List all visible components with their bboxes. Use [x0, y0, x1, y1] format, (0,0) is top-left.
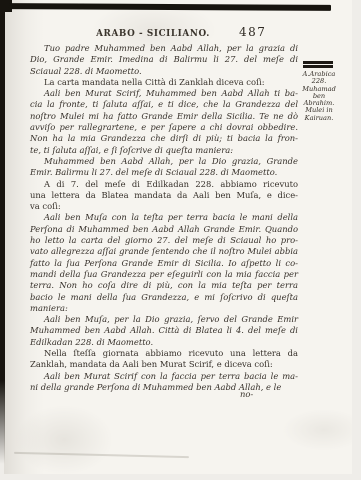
paragraph: Aali ben Muſa, per la Dio grazia, ſervo … — [30, 314, 298, 348]
text-line: Sciaual 228. di Maometto. — [30, 66, 298, 77]
paragraph: La carta mandata nella Città di Zanklah … — [30, 77, 298, 88]
text-line: fatto la ſua Perſona Grande Emir di Sici… — [30, 258, 298, 269]
scan-left-edge — [0, 0, 5, 464]
text-line: ho letto la carta del giorno 27. del meſ… — [30, 235, 298, 246]
paragraph: Muhammed ben Aabd Allah, per la Dio graz… — [30, 156, 298, 179]
text-line: vato allegrezza aſſai grande ſentendo ch… — [30, 246, 298, 257]
text-line: A di 7. del meſe di Edilkadan 228. abbia… — [30, 179, 298, 190]
text-line: Aali ben Murat Scirif con la faccia per … — [30, 371, 298, 382]
text-block: Tuo padre Muhammed ben Aabd Allah, per l… — [30, 43, 298, 393]
text-line: Nella ſteſſa giornata abbiamo ricevuto u… — [30, 348, 298, 359]
paragraph: Tuo padre Muhammed ben Aabd Allah, per l… — [30, 43, 298, 77]
paragraph: Aali ben Murat Scirif con la faccia per … — [30, 371, 298, 394]
margin-note: A.Arabica228.MuhamadbenAbrahim.Mulei inK… — [298, 71, 340, 122]
text-line: Perſona di Muhammed ben Aabd Allah Grand… — [30, 224, 298, 235]
margin-note-line: Kairuan. — [298, 115, 340, 122]
paragraph: Nella ſteſſa giornata abbiamo ricevuto u… — [30, 348, 298, 371]
paragraph: Aali ben Murat Scirif, Muhammed ben Aabd… — [30, 88, 298, 156]
text-line: avviſo per rallegrartene, e per ſapere a… — [30, 122, 298, 133]
text-line: ni della grande Perſona di Muhammed ben … — [30, 382, 298, 393]
page-number: 487 — [239, 25, 266, 39]
running-header: ARABO - SICILIANO. — [33, 29, 273, 39]
paragraph: Aali ben Muſa con la teſta per terra bac… — [30, 212, 298, 314]
text-line: Emir. Balirmu li 27. del meſe di Sciaual… — [30, 167, 298, 178]
text-line: Aali ben Muſa con la teſta per terra bac… — [30, 212, 298, 223]
paragraph: A di 7. del meſe di Edilkadan 228. abbia… — [30, 179, 298, 213]
text-line: cia la fronte, ti ſaluta aſſai, e ti dic… — [30, 99, 298, 110]
text-line: Tuo padre Muhammed ben Aabd Allah, per l… — [30, 43, 298, 54]
rule-bar — [303, 61, 333, 64]
catchword: no- — [240, 389, 253, 399]
text-line: Non ha la mia Grandezza che dirſi di più… — [30, 133, 298, 144]
text-line: noſtro Mulei mi ha fatto Grande Emir del… — [30, 111, 298, 122]
text-line: Muhammed ben Aabd Allah. Città di Blatea… — [30, 325, 298, 336]
text-line: Zanklah, mandata da Aali ben Murat Sciri… — [30, 359, 298, 370]
text-line: Muhammed ben Aabd Allah, per la Dio graz… — [30, 156, 298, 167]
text-line: una lettera da Blatea mandata da Aali be… — [30, 190, 298, 201]
text-line: mandi della ſua Grandezza per eſeguirli … — [30, 269, 298, 280]
text-line: te, ti ſaluta aſſai, e ſi ſoſcrive di qu… — [30, 145, 298, 156]
text-line: bacio le mani della ſua Grandezza, e mi … — [30, 292, 298, 303]
scanned-page: ARABO - SICILIANO. 487 A.Arabica228.Muha… — [0, 0, 361, 480]
margin-double-rule — [303, 61, 333, 69]
rule-bar — [303, 65, 333, 68]
text-line: Edilkadan 228. di Maometto. — [30, 337, 298, 348]
text-line: Aali ben Murat Scirif, Muhammed ben Aabd… — [30, 88, 298, 99]
text-line: terra. Non ho coſa dire di più, con la m… — [30, 280, 298, 291]
text-line: va coſì: — [30, 201, 298, 212]
text-line: maniera: — [30, 303, 298, 314]
text-line: Aali ben Muſa, per la Dio grazia, ſervo … — [30, 314, 298, 325]
text-line: Dio, Grande Emir. Imedina di Balirmu li … — [30, 54, 298, 65]
text-line: La carta mandata nella Città di Zanklah … — [30, 77, 298, 88]
